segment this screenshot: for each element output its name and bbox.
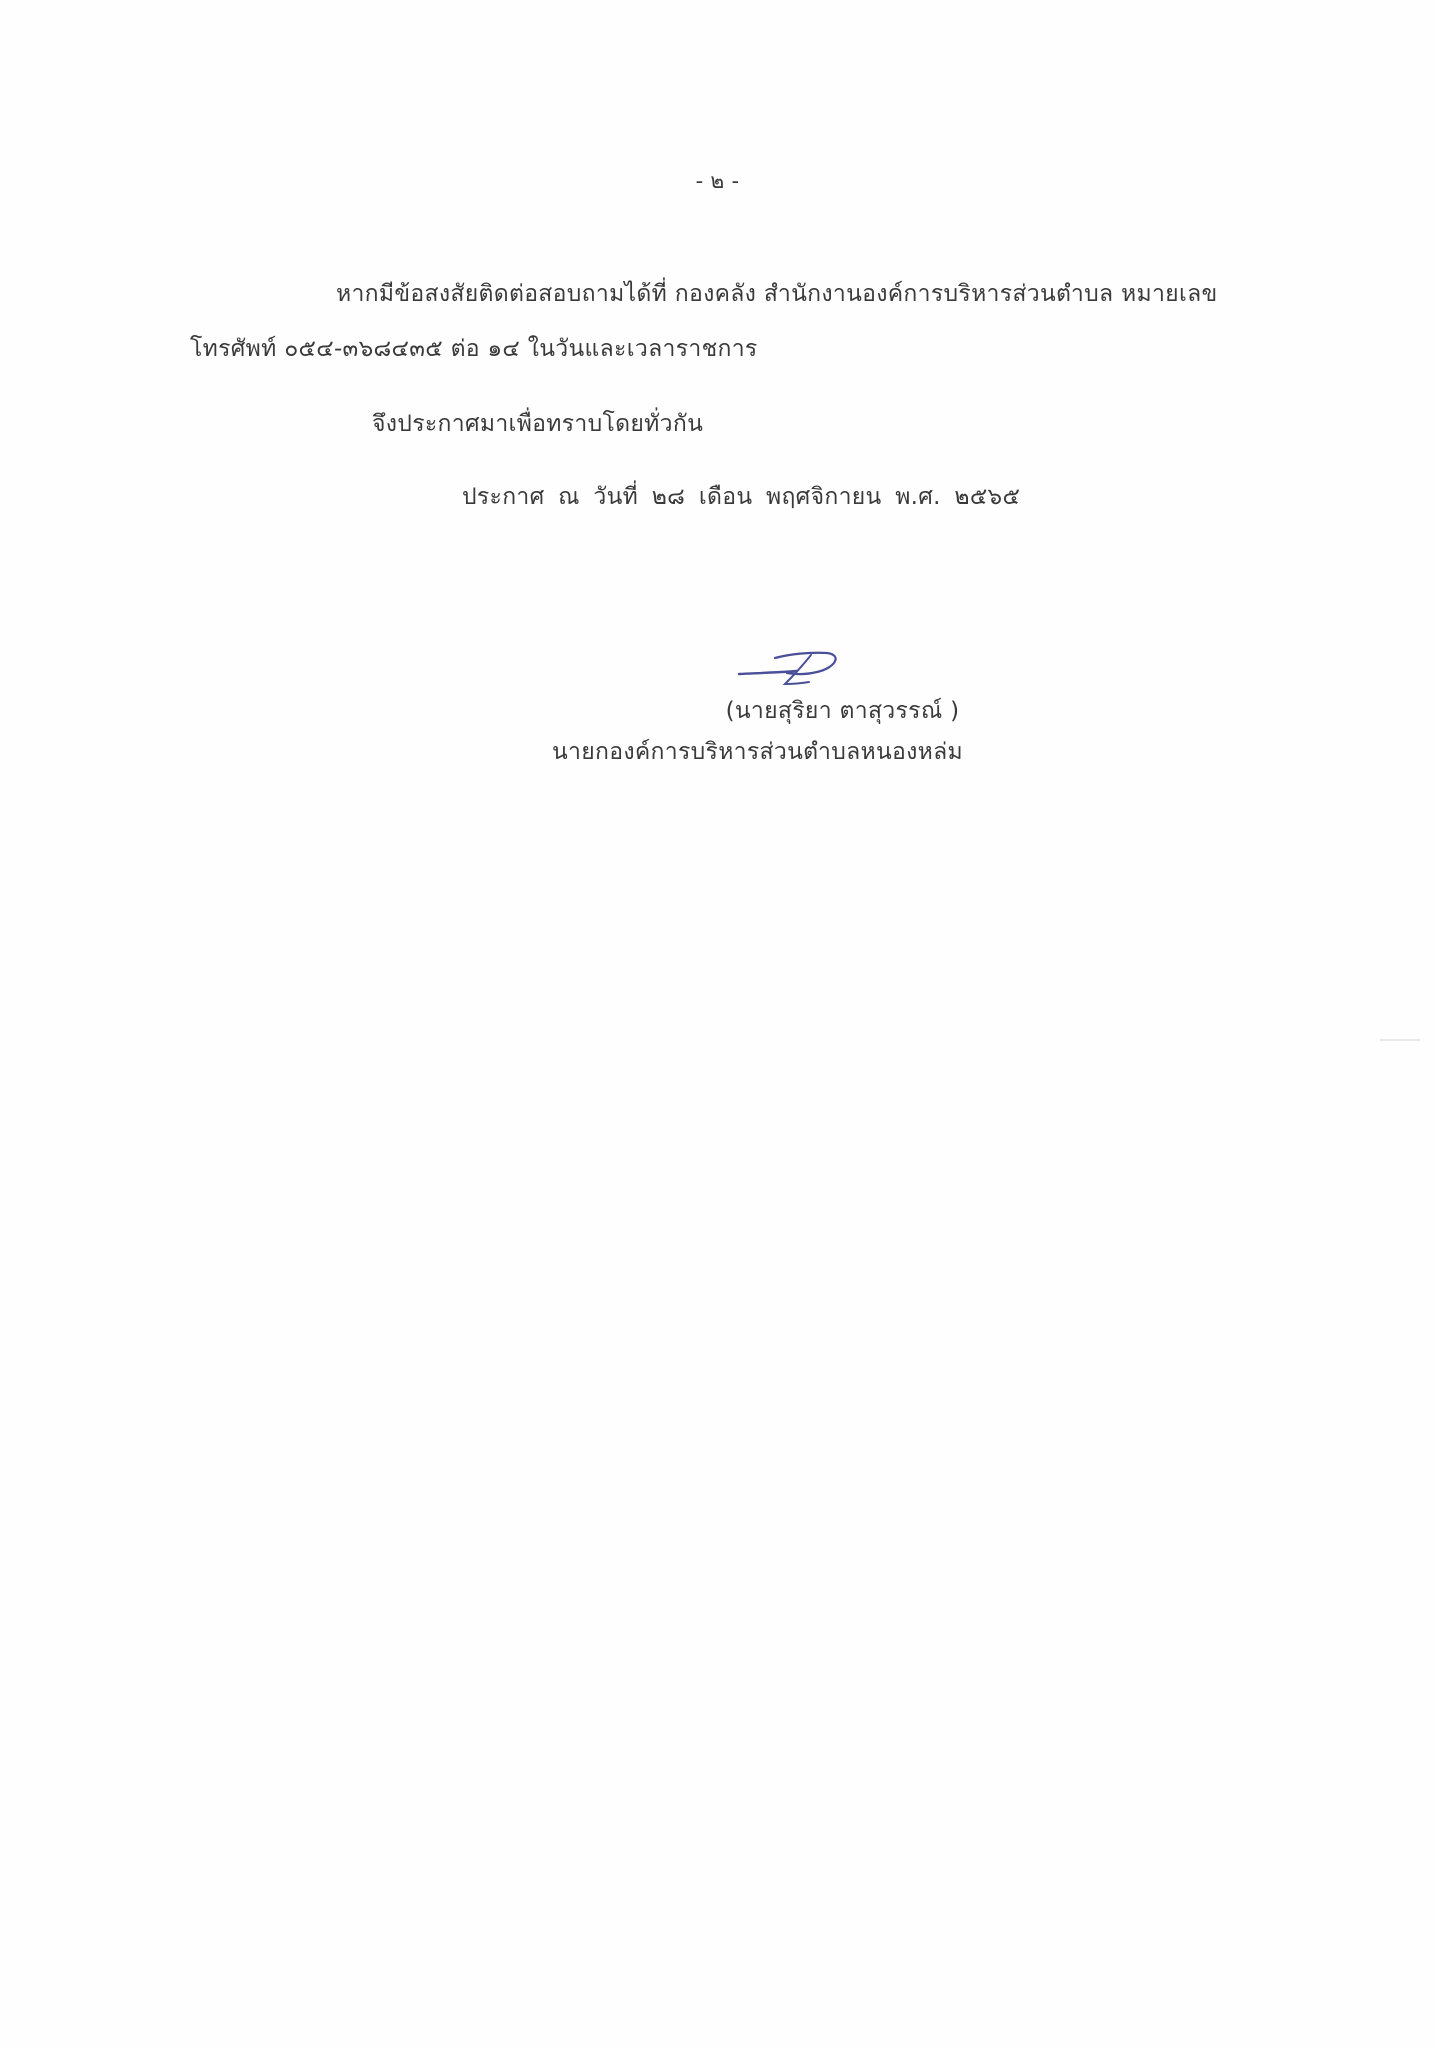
page-number: - ๒ - (0, 166, 1435, 196)
contact-paragraph-line-2: โทรศัพท์ ๐๕๔-๓๖๘๔๓๕ ต่อ ๑๔ ในวันและเวลาร… (190, 334, 758, 364)
signer-name: (นายสุริยา ตาสุวรรณ์ ) (0, 696, 1435, 726)
closing-statement: จึงประกาศมาเพื่อทราบโดยทั่วกัน (372, 409, 703, 439)
signature-icon (735, 640, 845, 686)
announcement-date: ประกาศ ณ วันที่ ๒๘ เดือน พฤศจิกายน พ.ศ. … (462, 482, 1020, 512)
signer-title: นายกองค์การบริหารส่วนตำบลหนองหล่ม (0, 737, 1435, 767)
scan-artifact (1380, 1039, 1420, 1041)
document-page: - ๒ - หากมีข้อสงสัยติดต่อสอบถามได้ที่ กอ… (0, 0, 1435, 2048)
contact-paragraph-line-1: หากมีข้อสงสัยติดต่อสอบถามได้ที่ กองคลัง … (336, 279, 1218, 309)
